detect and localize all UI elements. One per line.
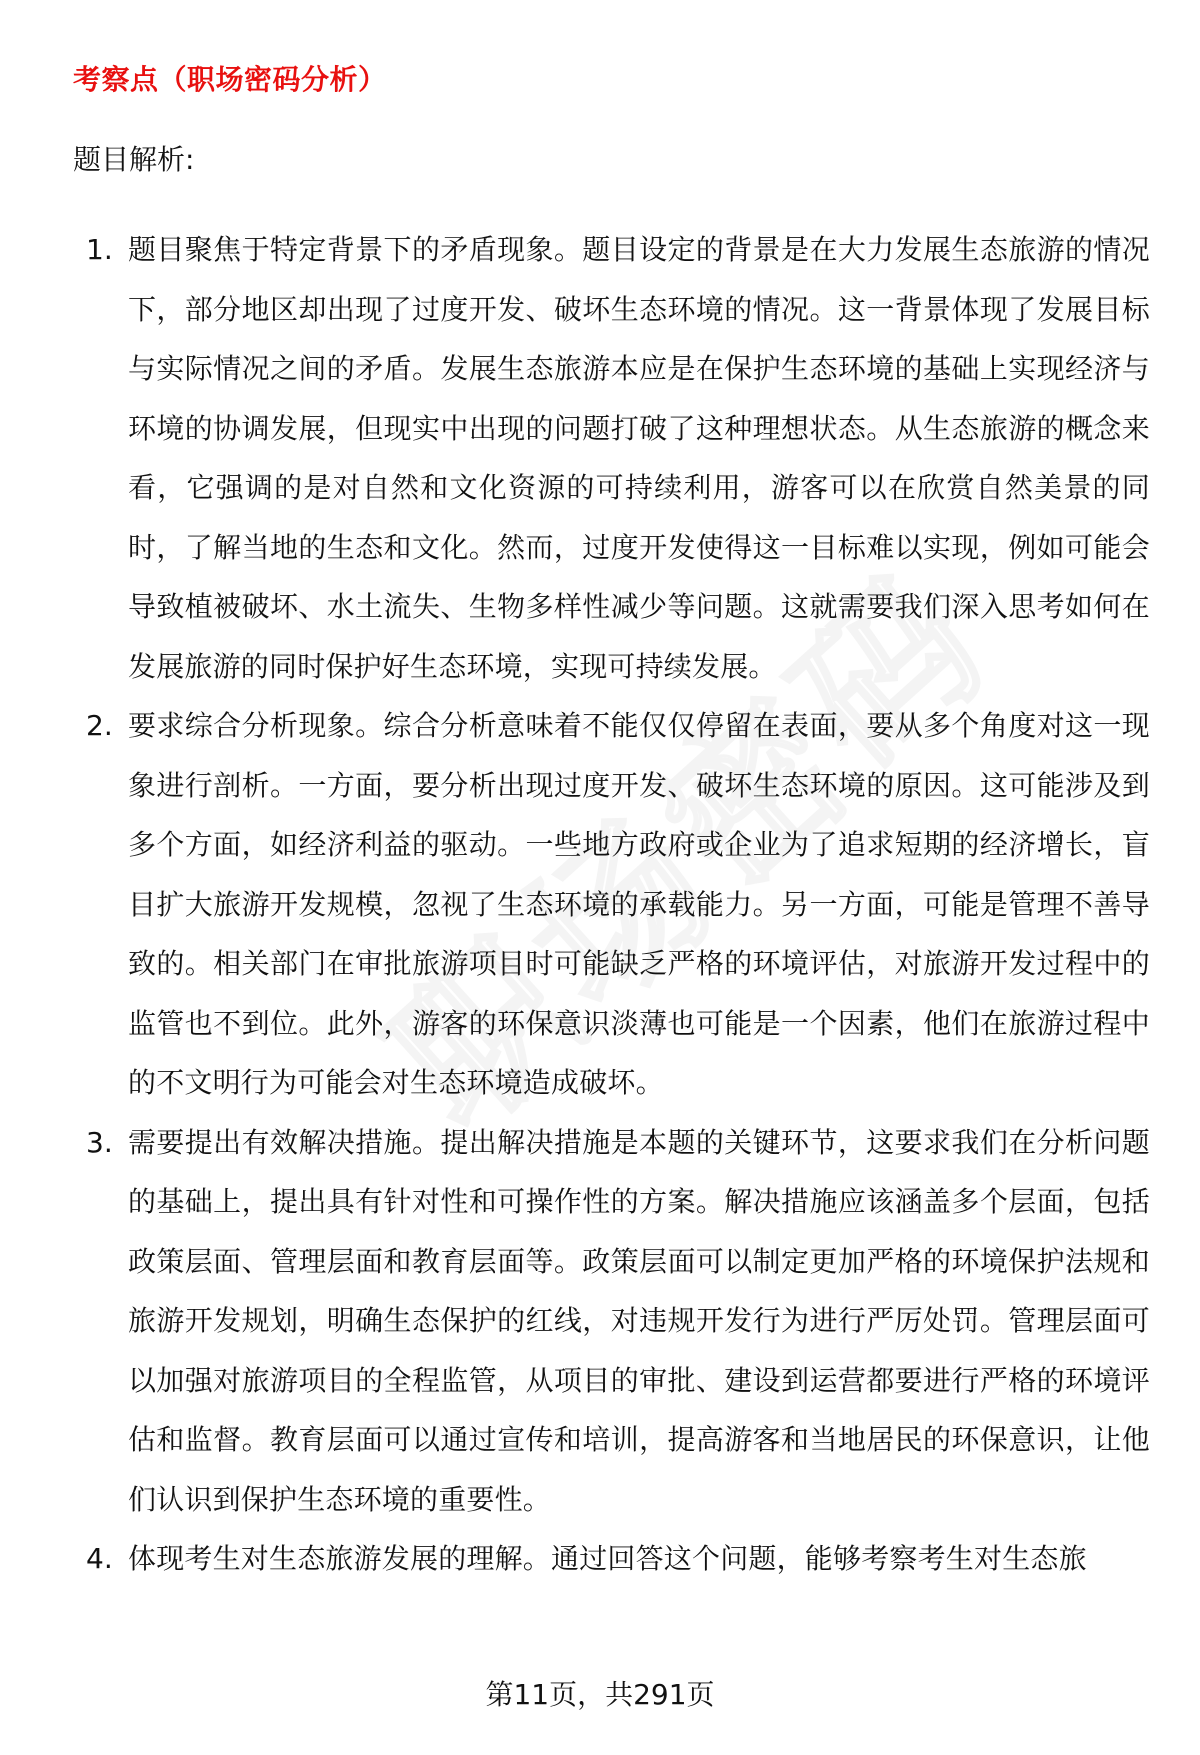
list-item-text: 需要提出有效解决措施。提出解决措施是本题的关键环节，这要求我们在分析问题的基础上… [128,1113,1150,1530]
subsection-heading: 题目解析: [73,140,194,180]
list-item-text: 要求综合分析现象。综合分析意味着不能仅仅停留在表面，要从多个角度对这一现象进行剖… [128,696,1150,1113]
analysis-list: 1. 题目聚焦于特定背景下的矛盾现象。题目设定的背景是在大力发展生态旅游的情况下… [0,220,1200,1589]
list-item-number: 2. [86,696,113,756]
list-item: 2. 要求综合分析现象。综合分析意味着不能仅仅停留在表面，要从多个角度对这一现象… [0,696,1150,1113]
page-number: 第11页，共291页 [0,1675,1200,1715]
list-item-text: 体现考生对生态旅游发展的理解。通过回答这个问题，能够考察考生对生态旅 [128,1529,1150,1589]
list-item-number: 3. [86,1113,113,1173]
list-item-number: 1. [86,220,113,280]
list-item-text: 题目聚焦于特定背景下的矛盾现象。题目设定的背景是在大力发展生态旅游的情况下，部分… [128,220,1150,696]
list-item: 3. 需要提出有效解决措施。提出解决措施是本题的关键环节，这要求我们在分析问题的… [0,1113,1150,1530]
section-title: 考察点（职场密码分析） [73,60,387,100]
list-item: 4. 体现考生对生态旅游发展的理解。通过回答这个问题，能够考察考生对生态旅 [0,1529,1150,1589]
list-item-number: 4. [86,1529,113,1589]
list-item: 1. 题目聚焦于特定背景下的矛盾现象。题目设定的背景是在大力发展生态旅游的情况下… [0,220,1150,696]
document-page: 考察点（职场密码分析） 题目解析: 1. 题目聚焦于特定背景下的矛盾现象。题目设… [0,0,1200,1755]
